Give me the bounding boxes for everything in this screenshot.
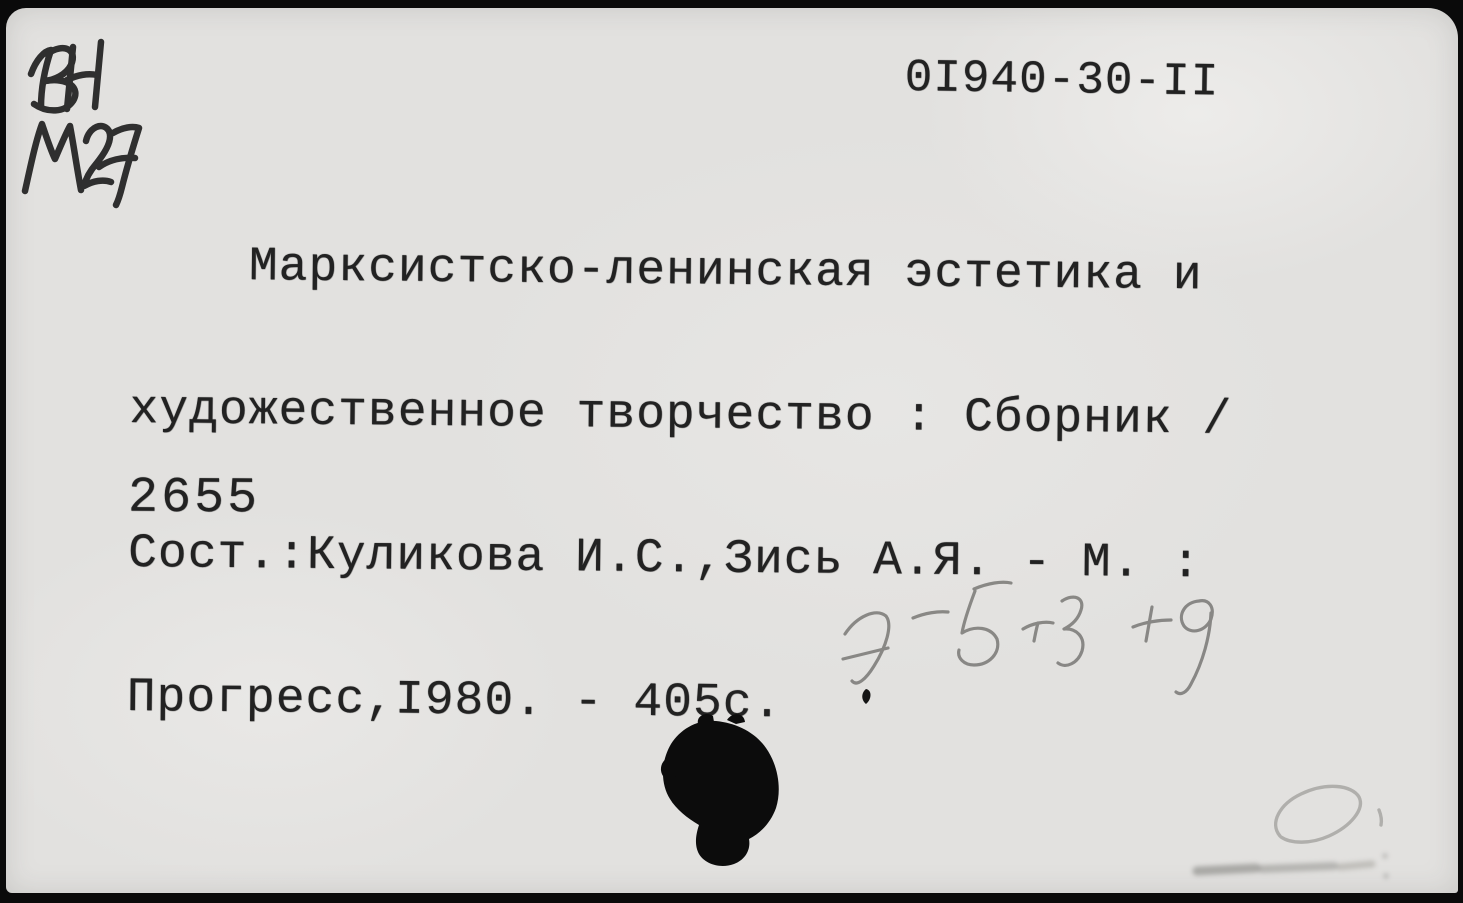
- scanned-catalog-card-page: 0I940-30-II Марксистско-ленинская эстети…: [0, 0, 1463, 903]
- handwritten-class-mark-m27: [25, 124, 139, 205]
- ink-speck: [862, 689, 870, 704]
- ink-blot: [661, 689, 871, 866]
- pencil-price-note: [843, 582, 1212, 693]
- annotations-overlay: [0, 0, 1463, 903]
- pencil-circle-mark: [1276, 786, 1382, 842]
- handwritten-class-mark-vh: [31, 42, 101, 110]
- bottom-smudge: [1197, 854, 1389, 879]
